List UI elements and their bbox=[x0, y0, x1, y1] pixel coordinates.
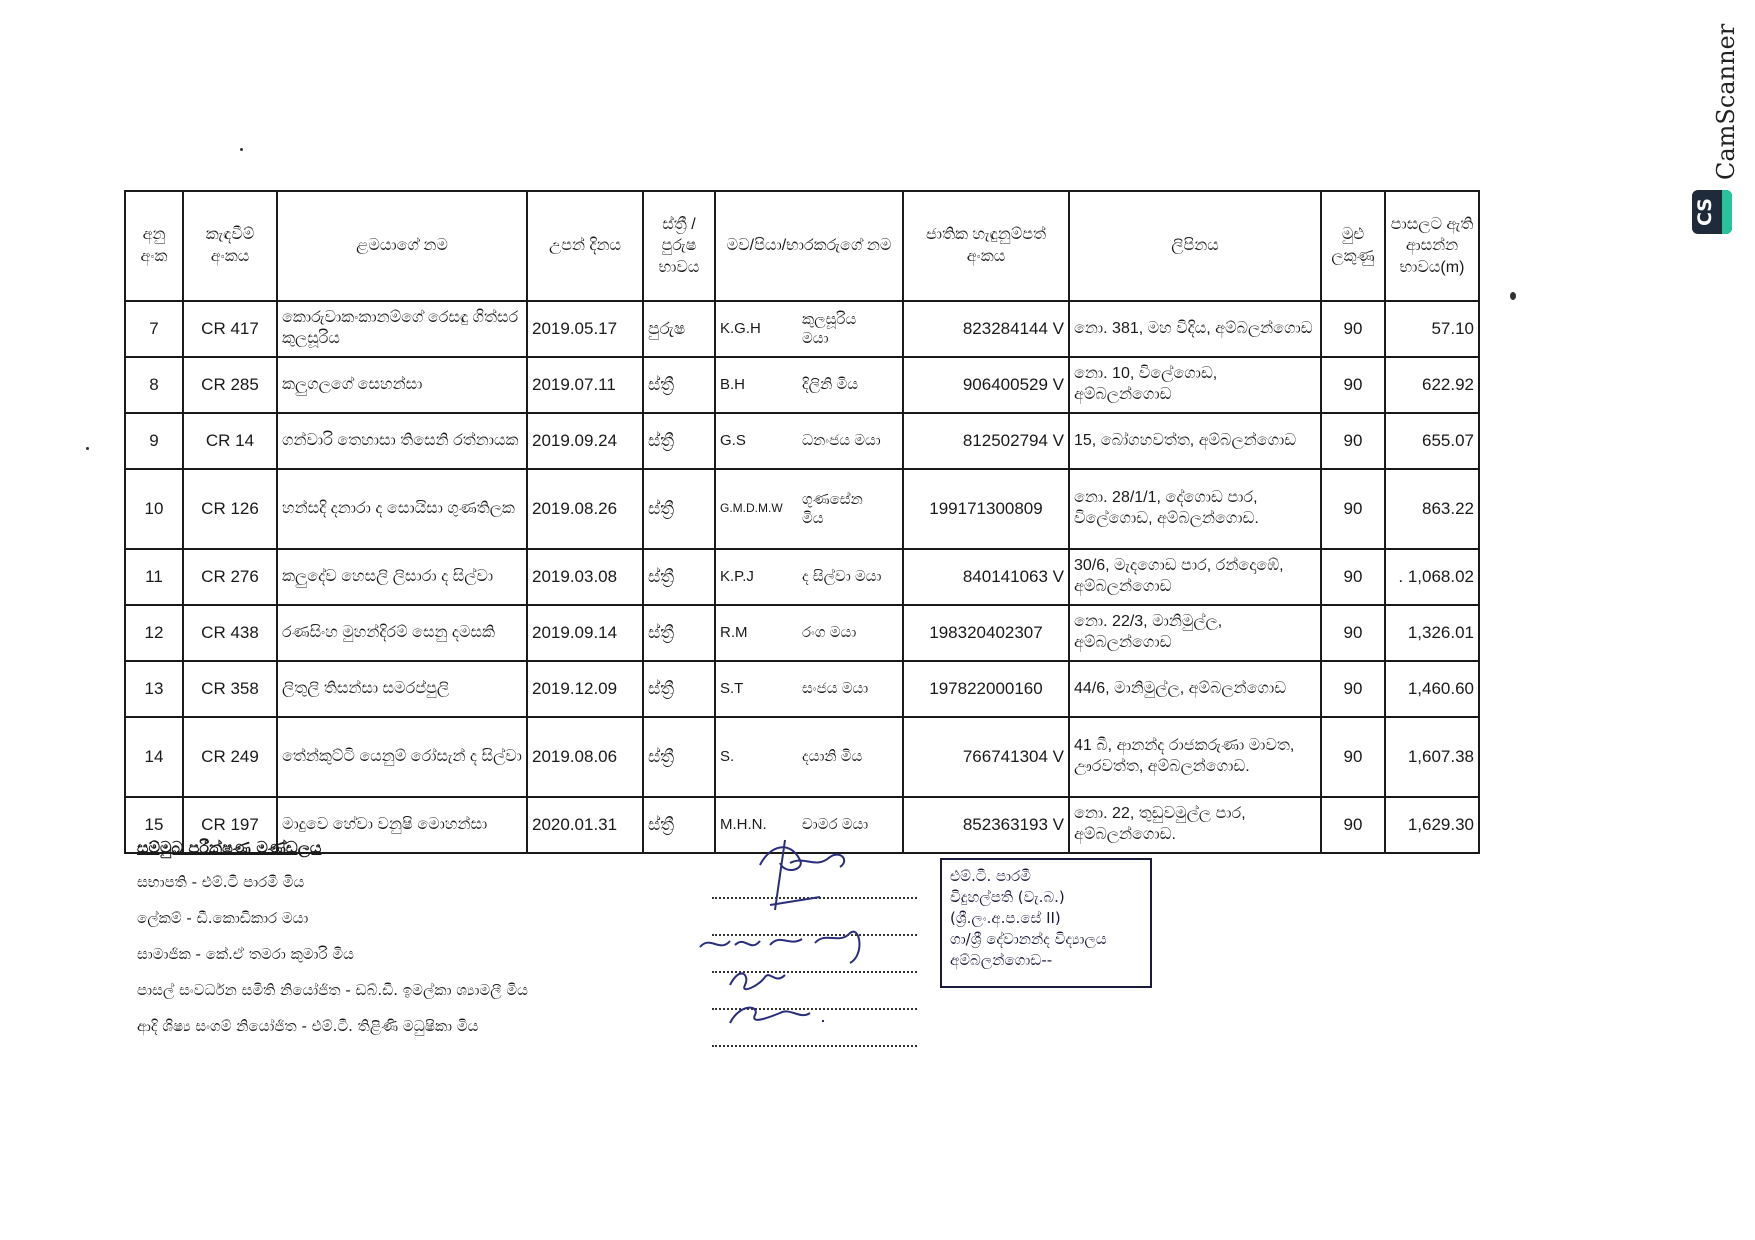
gender-cell: ස්ත්‍රී bbox=[643, 661, 715, 717]
marks-cell: 90 bbox=[1321, 605, 1385, 661]
parent-name-cell: S.Tසංජය මයා bbox=[715, 661, 903, 717]
camscanner-watermark-label: CamScanner bbox=[1712, 24, 1740, 180]
admission-no-cell: CR 358 bbox=[183, 661, 277, 717]
parent-initials: G.S bbox=[720, 431, 802, 451]
table-row: 10CR 126හන්සදි දනාරා ද සොයිසා ගුණතිලක201… bbox=[125, 469, 1479, 549]
dob-cell: 2019.09.24 bbox=[527, 413, 643, 469]
header-col-admission-no: කැඳවීම් අංකය bbox=[183, 191, 277, 301]
parent-surname: සංජය මයා bbox=[802, 679, 868, 699]
child-name-cell: කලුගලගේ සෙහන්සා bbox=[277, 357, 527, 413]
distance-cell: 1,607.38 bbox=[1385, 717, 1479, 797]
gender-cell: ස්ත්‍රී bbox=[643, 549, 715, 605]
parent-name-cell: G.Sධනංජය මයා bbox=[715, 413, 903, 469]
scan-speck bbox=[1510, 292, 1516, 300]
table-row: 8CR 285කලුගලගේ සෙහන්සා2019.07.11ස්ත්‍රීB… bbox=[125, 357, 1479, 413]
distance-cell: 1,460.60 bbox=[1385, 661, 1479, 717]
table-row: 13CR 358ලිතුලි තිසන්සා සමරප්පුලි2019.12.… bbox=[125, 661, 1479, 717]
handwritten-signatures bbox=[690, 835, 930, 1045]
parent-name-cell: S.දයානි මිය bbox=[715, 717, 903, 797]
parent-surname: කුලසූරිය මයා bbox=[802, 310, 882, 349]
parent-initials: K.P.J bbox=[720, 567, 802, 587]
gender-cell: ස්ත්‍රී bbox=[643, 717, 715, 797]
address-cell: නො. 28/1/1, දේගොඩ පාර, විලේගොඩ, අම්බලන්ග… bbox=[1069, 469, 1321, 549]
admission-no-cell: CR 14 bbox=[183, 413, 277, 469]
address-cell: 15, බෝගහවත්ත, අම්බලන්ගොඩ bbox=[1069, 413, 1321, 469]
table-row: 14CR 249තේන්කුට්ටි යෙනුම් රෝසැන් ද සිල්ව… bbox=[125, 717, 1479, 797]
admission-roster-table: අනු අංකකැඳවීම් අංකයළමයාගේ නමඋපන් දිනයස්ත… bbox=[124, 190, 1480, 854]
parent-initials: R.M bbox=[720, 623, 802, 643]
stamp-line: විදුහල්පති (වැ.බ.) bbox=[950, 887, 1142, 908]
parent-surname: ධනංජය මයා bbox=[802, 431, 881, 451]
parent-surname: දයානි මිය bbox=[802, 747, 862, 767]
marks-cell: 90 bbox=[1321, 413, 1385, 469]
child-name-cell: රණසිංහ මුහන්දිරම් සෙනු දමසකි bbox=[277, 605, 527, 661]
gender-cell: ස්ත්‍රී bbox=[643, 605, 715, 661]
nic-cell: 906400529 V bbox=[903, 357, 1069, 413]
parent-name-cell: K.G.Hකුලසූරිය මයා bbox=[715, 301, 903, 357]
marks-cell: 90 bbox=[1321, 549, 1385, 605]
distance-cell: 57.10 bbox=[1385, 301, 1479, 357]
header-col-distance: පාසලට ඇති ආසන්න භාවය(m) bbox=[1385, 191, 1479, 301]
child-name-cell: කලුදේව හෙසලි ලිසාරා ද සිල්වා bbox=[277, 549, 527, 605]
marks-cell: 90 bbox=[1321, 469, 1385, 549]
address-cell: නො. 10, විලේගොඩ, අම්බලන්ගොඩ bbox=[1069, 357, 1321, 413]
dob-cell: 2019.07.11 bbox=[527, 357, 643, 413]
marks-cell: 90 bbox=[1321, 797, 1385, 853]
committee-member: සාමාජික - කේ.ඒ තමරා කුමාරි මිය bbox=[137, 944, 528, 980]
header-col-gender: ස්ත්‍රී / පුරුෂ භාවය bbox=[643, 191, 715, 301]
principal-stamp: එම්.ටී. පාරමීවිදුහල්පති (වැ.බ.)(ශ්‍රී.ලං… bbox=[940, 858, 1152, 988]
dob-cell: 2019.12.09 bbox=[527, 661, 643, 717]
admission-no-cell: CR 438 bbox=[183, 605, 277, 661]
scanned-page: අනු අංකකැඳවීම් අංකයළමයාගේ නමඋපන් දිනයස්ත… bbox=[0, 0, 1755, 1240]
nic-cell: 199171300809 bbox=[903, 469, 1069, 549]
serial-no-cell: 11 bbox=[125, 549, 183, 605]
gender-cell: ස්ත්‍රී bbox=[643, 413, 715, 469]
parent-initials: M.H.N. bbox=[720, 815, 802, 835]
dob-cell: 2019.08.06 bbox=[527, 717, 643, 797]
header-col-serial-no: අනු අංක bbox=[125, 191, 183, 301]
gender-cell: ස්ත්‍රී bbox=[643, 469, 715, 549]
header-col-child-name: ළමයාගේ නම bbox=[277, 191, 527, 301]
marks-cell: 90 bbox=[1321, 717, 1385, 797]
nic-cell: 197822000160 bbox=[903, 661, 1069, 717]
scan-speck bbox=[240, 148, 243, 151]
committee-member: ලේකම් - ඩී.කොඩිකාර මයා bbox=[137, 908, 528, 944]
distance-cell: 655.07 bbox=[1385, 413, 1479, 469]
distance-cell: 622.92 bbox=[1385, 357, 1479, 413]
interview-committee: සම්මුඛ පරීක්ෂණ මණ්ඩලය සභාපති - එම්.ටී පා… bbox=[137, 838, 528, 1052]
marks-cell: 90 bbox=[1321, 357, 1385, 413]
serial-no-cell: 13 bbox=[125, 661, 183, 717]
parent-surname: රංග මයා bbox=[802, 623, 856, 643]
child-name-cell: ලිතුලි තිසන්සා සමරප්පුලි bbox=[277, 661, 527, 717]
committee-title: සම්මුඛ පරීක්ෂණ මණ්ඩලය bbox=[137, 838, 528, 858]
table-row: 11CR 276කලුදේව හෙසලි ලිසාරා ද සිල්වා2019… bbox=[125, 549, 1479, 605]
serial-no-cell: 14 bbox=[125, 717, 183, 797]
child-name-cell: තේන්කුට්ටි යෙනුම් රෝසැන් ද සිල්වා bbox=[277, 717, 527, 797]
child-name-cell: ගන්වාරි තෙහාසා තිසෙනි රත්නායක bbox=[277, 413, 527, 469]
stamp-line: ගා/ශ්‍රී දේවානන්ද විද්‍යාලය bbox=[950, 929, 1142, 950]
marks-cell: 90 bbox=[1321, 661, 1385, 717]
dob-cell: 2020.01.31 bbox=[527, 797, 643, 853]
parent-initials: B.H bbox=[720, 375, 802, 395]
address-cell: 41 බී, ආනන්ද රාජකරුණා මාවත, ඌරවත්ත, අම්බ… bbox=[1069, 717, 1321, 797]
dob-cell: 2019.05.17 bbox=[527, 301, 643, 357]
stamp-line: (ශ්‍රී.ලං.අ.ප.සේ II) bbox=[950, 908, 1142, 929]
parent-name-cell: R.Mරංග මයා bbox=[715, 605, 903, 661]
committee-member: පාසල් සංවර්ධන සමිති නියෝජිත - ඩබ්.ඩී. ඉම… bbox=[137, 980, 528, 1016]
distance-cell: 1,629.30 bbox=[1385, 797, 1479, 853]
admission-no-cell: CR 276 bbox=[183, 549, 277, 605]
header-col-total-marks: මුළු ලකුණු bbox=[1321, 191, 1385, 301]
address-cell: 30/6, මැදගොඩ පාර, රන්දොඹේ, අම්බලන්ගොඩ bbox=[1069, 549, 1321, 605]
parent-initials: K.G.H bbox=[720, 319, 802, 339]
scan-speck bbox=[86, 447, 89, 450]
header-col-date-of-birth: උපන් දිනය bbox=[527, 191, 643, 301]
header-col-parent-name: මව/පියා/භාරකරුගේ නම bbox=[715, 191, 903, 301]
parent-initials: S. bbox=[720, 747, 802, 767]
distance-cell: 1,326.01 bbox=[1385, 605, 1479, 661]
parent-surname: දිලිනි මිය bbox=[802, 375, 858, 395]
parent-name-cell: G.M.D.M.Wගුණසේන මිය bbox=[715, 469, 903, 549]
address-cell: නො. 22, තුඩුවමුල්ල පාර, අම්බලන්ගොඩ. bbox=[1069, 797, 1321, 853]
committee-member: සභාපති - එම්.ටී පාරමී මිය bbox=[137, 872, 528, 908]
parent-initials: S.T bbox=[720, 679, 802, 699]
serial-no-cell: 12 bbox=[125, 605, 183, 661]
dob-cell: 2019.08.26 bbox=[527, 469, 643, 549]
table-header-row: අනු අංකකැඳවීම් අංකයළමයාගේ නමඋපන් දිනයස්ත… bbox=[125, 191, 1479, 301]
gender-cell: ස්ත්‍රී bbox=[643, 357, 715, 413]
stamp-line: අම්බලන්ගොඩ-- bbox=[950, 950, 1142, 971]
parent-surname: චාමර මයා bbox=[802, 815, 868, 835]
committee-member: ආදි ශිෂ්‍ය සංගම් නියෝජිත - එම්.ටී. තිළිණ… bbox=[137, 1016, 528, 1052]
admission-no-cell: CR 249 bbox=[183, 717, 277, 797]
parent-surname: ගුණසේන මිය bbox=[802, 490, 882, 529]
address-cell: 44/6, මානිමුල්ල, අම්බලන්ගොඩ bbox=[1069, 661, 1321, 717]
parent-name-cell: B.Hදිලිනි මිය bbox=[715, 357, 903, 413]
marks-cell: 90 bbox=[1321, 301, 1385, 357]
parent-name-cell: K.P.Jද සිල්වා මයා bbox=[715, 549, 903, 605]
nic-cell: 812502794 V bbox=[903, 413, 1069, 469]
serial-no-cell: 9 bbox=[125, 413, 183, 469]
dob-cell: 2019.03.08 bbox=[527, 549, 643, 605]
parent-surname: ද සිල්වා මයා bbox=[802, 567, 881, 587]
address-cell: නො. 381, මහ විදිය, අම්බලන්ගොඩ bbox=[1069, 301, 1321, 357]
table-row: 7CR 417කොරුවාකංකානම්ගේ රෙසඳු ගිත්සර කුලස… bbox=[125, 301, 1479, 357]
admission-no-cell: CR 285 bbox=[183, 357, 277, 413]
child-name-cell: කොරුවාකංකානම්ගේ රෙසඳු ගිත්සර කුලසූරිය bbox=[277, 301, 527, 357]
serial-no-cell: 10 bbox=[125, 469, 183, 549]
admission-no-cell: CR 417 bbox=[183, 301, 277, 357]
nic-cell: 198320402307 bbox=[903, 605, 1069, 661]
parent-initials: G.M.D.M.W bbox=[720, 501, 802, 517]
dob-cell: 2019.09.14 bbox=[527, 605, 643, 661]
address-cell: නො. 22/3, මානිමුල්ල, අම්බලන්ගොඩ bbox=[1069, 605, 1321, 661]
stamp-line: එම්.ටී. පාරමී bbox=[950, 866, 1142, 887]
serial-no-cell: 8 bbox=[125, 357, 183, 413]
camscanner-logo-icon: CS bbox=[1692, 190, 1732, 234]
admission-no-cell: CR 126 bbox=[183, 469, 277, 549]
serial-no-cell: 7 bbox=[125, 301, 183, 357]
distance-cell: . 1,068.02 bbox=[1385, 549, 1479, 605]
nic-cell: 766741304 V bbox=[903, 717, 1069, 797]
child-name-cell: හන්සදි දනාරා ද සොයිසා ගුණතිලක bbox=[277, 469, 527, 549]
nic-cell: 823284144 V bbox=[903, 301, 1069, 357]
gender-cell: පුරුෂ bbox=[643, 301, 715, 357]
table-body: 7CR 417කොරුවාකංකානම්ගේ රෙසඳු ගිත්සර කුලස… bbox=[125, 301, 1479, 853]
header-col-nic-number: ජාතික හැඳුනුම්පත් අංකය bbox=[903, 191, 1069, 301]
nic-cell: 840141063 V bbox=[903, 549, 1069, 605]
header-col-address: ලිපිනය bbox=[1069, 191, 1321, 301]
table-row: 12CR 438රණසිංහ මුහන්දිරම් සෙනු දමසකි2019… bbox=[125, 605, 1479, 661]
distance-cell: 863.22 bbox=[1385, 469, 1479, 549]
table-row: 9CR 14ගන්වාරි තෙහාසා තිසෙනි රත්නායක2019.… bbox=[125, 413, 1479, 469]
